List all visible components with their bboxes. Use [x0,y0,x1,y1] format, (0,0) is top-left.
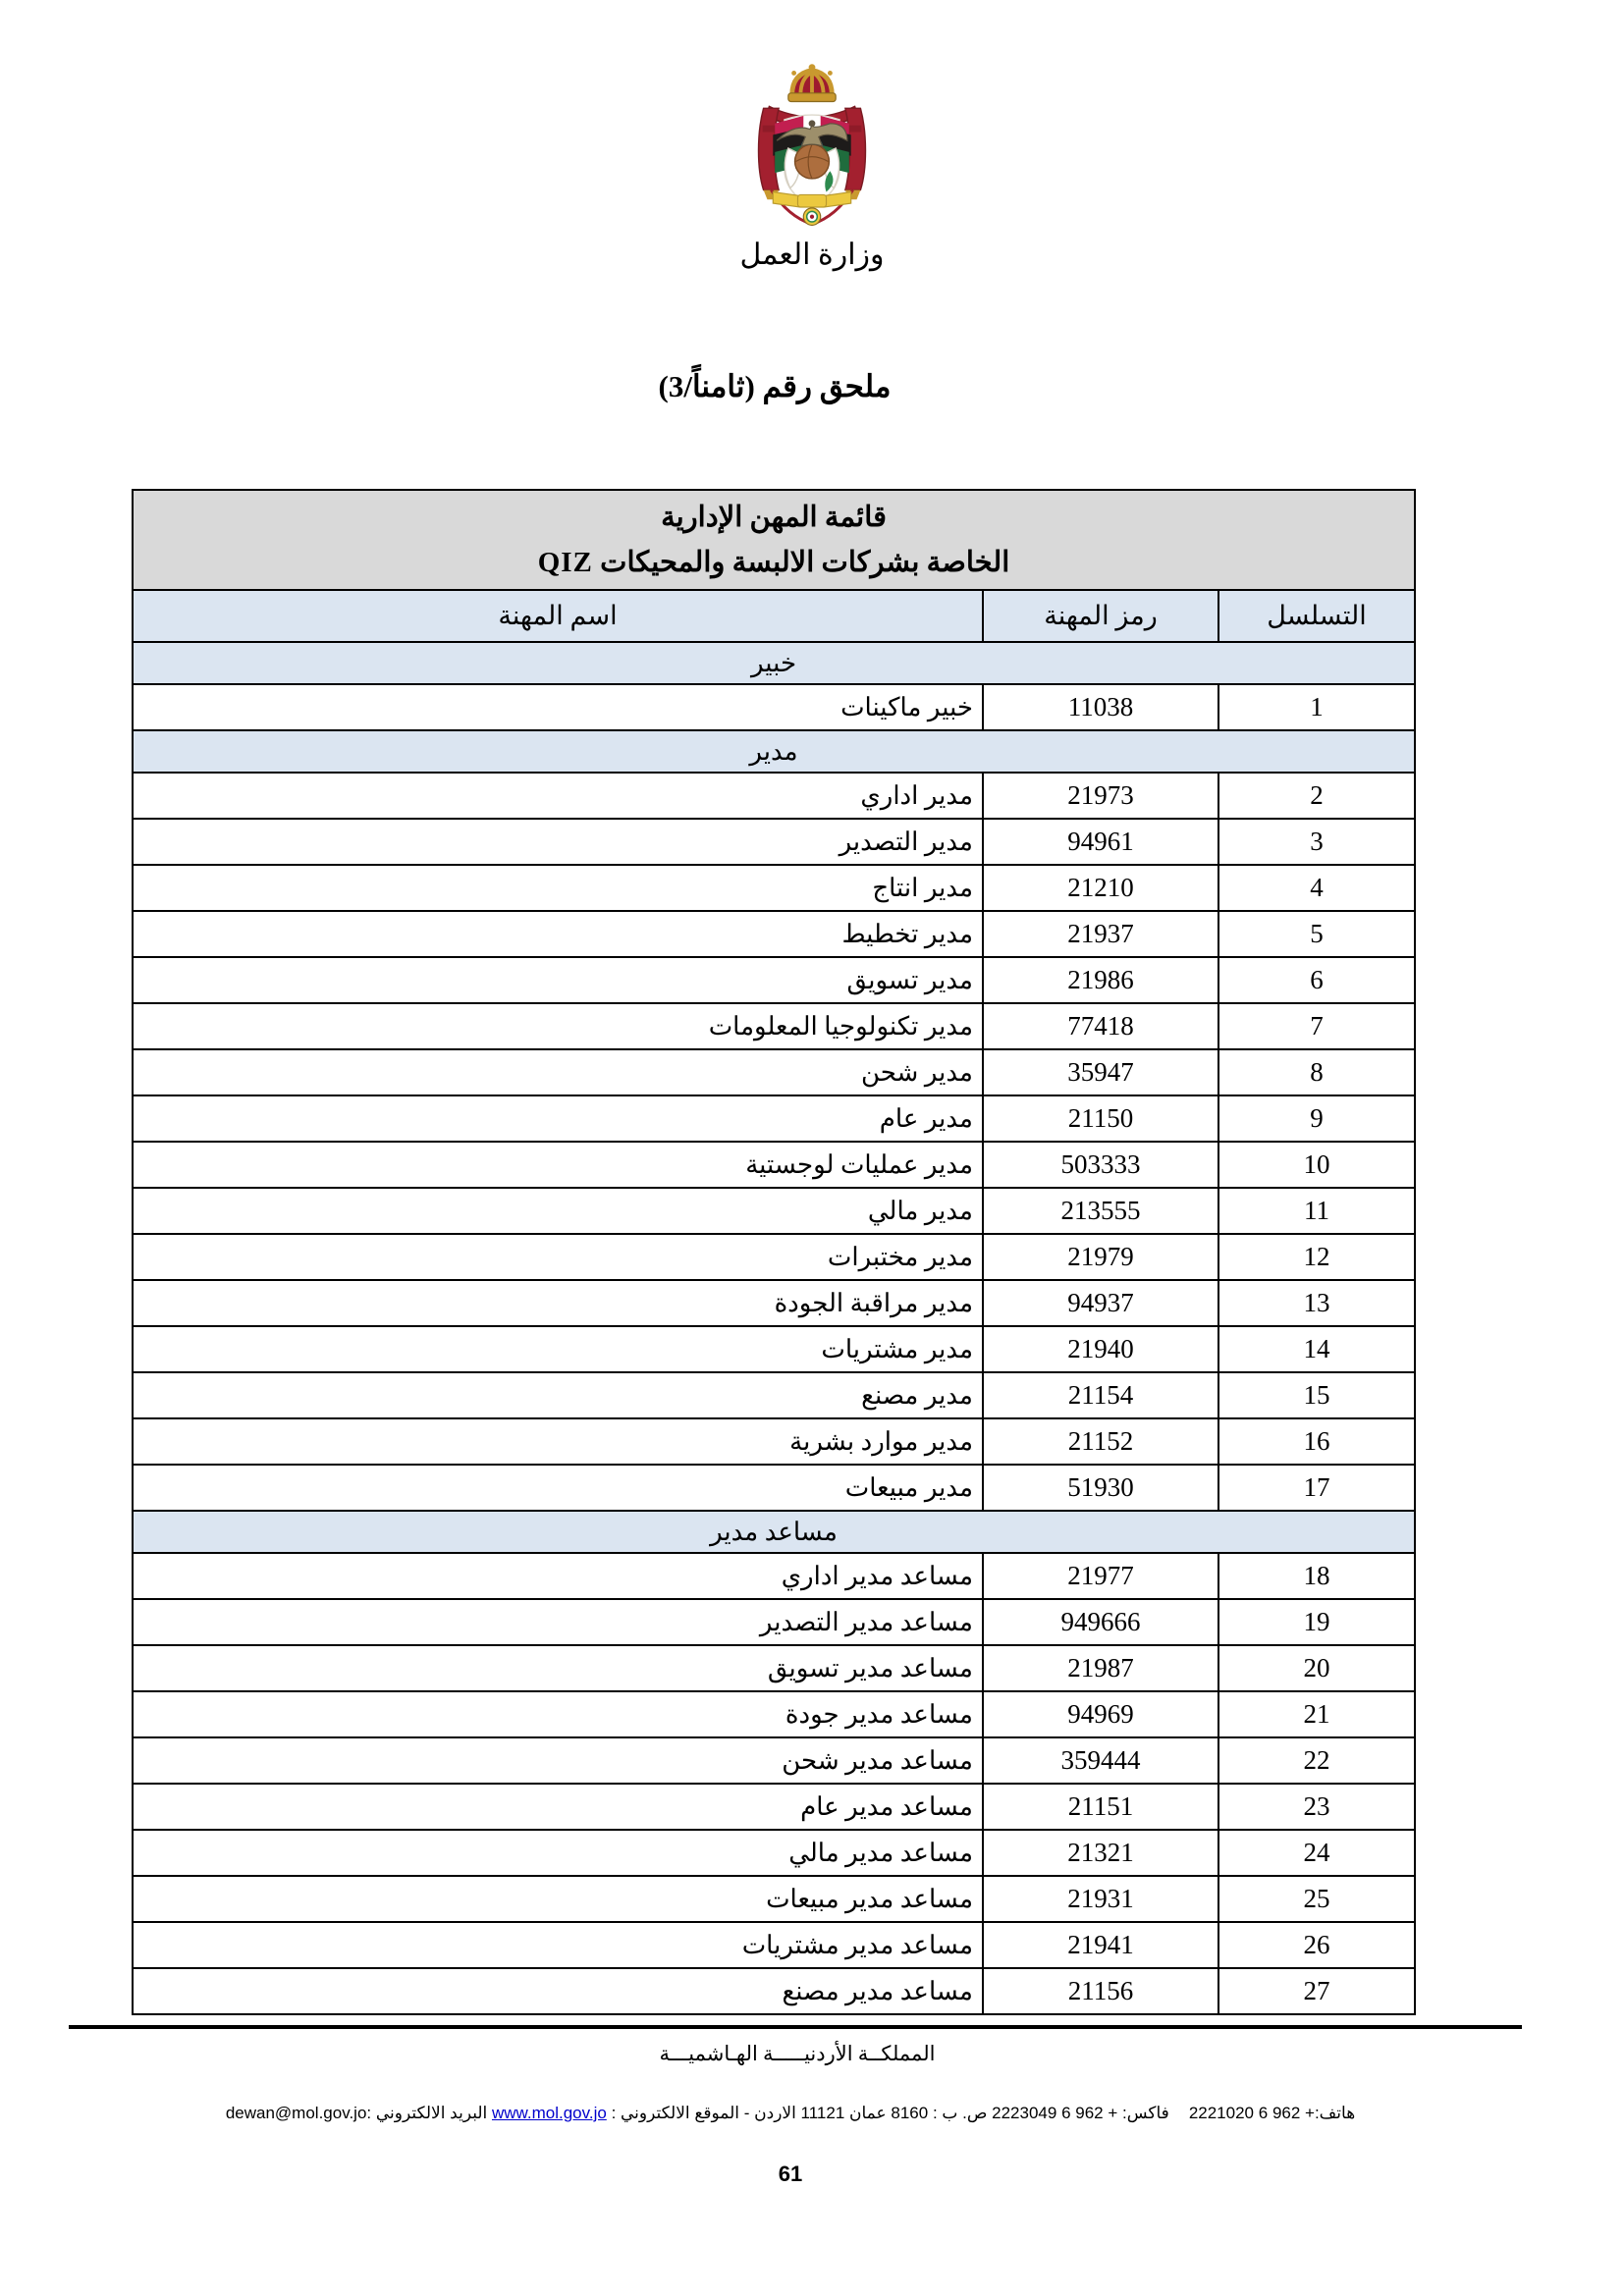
column-header-row: اسم المهنة رمز المهنة التسلسل [133,590,1415,642]
emblem-crown-icon [788,64,836,101]
profession-name-cell: مدير مشتريات [133,1326,983,1372]
serial-cell: 16 [1218,1418,1415,1465]
profession-code-cell: 35947 [983,1049,1218,1095]
table-row: مدير مشتريات2194014 [133,1326,1415,1372]
profession-code-cell: 21979 [983,1234,1218,1280]
serial-cell: 11 [1218,1188,1415,1234]
profession-name-cell: مساعد مدير تسويق [133,1645,983,1691]
kingdom-name: المملكــة الأردنيـــــة الهـاشميـــة [0,2042,1595,2066]
profession-code-cell: 21210 [983,865,1218,911]
profession-code-cell: 21973 [983,773,1218,819]
ministry-name: وزارة العمل [739,239,884,272]
profession-name-cell: مدير مختبرات [133,1234,983,1280]
profession-code-cell: 21937 [983,911,1218,957]
profession-code-cell: 94961 [983,819,1218,865]
address-text: ص. ب : 8160 عمان 11121 الاردن - الموقع ا… [612,2104,988,2122]
page-number: 61 [0,2162,1581,2187]
profession-code-cell: 21987 [983,1645,1218,1691]
table-row: مساعد مدير اداري2197718 [133,1553,1415,1599]
profession-name-cell: مساعد مدير مالي [133,1830,983,1876]
serial-cell: 12 [1218,1234,1415,1280]
profession-name-cell: مدير شحن [133,1049,983,1095]
profession-name-cell: مساعد مدير شحن [133,1737,983,1784]
document-page: وزارة العمل ملحق رقم (ثامناً/3) قائمة ال… [0,0,1624,2296]
profession-name-cell: خبير ماكينات [133,684,983,730]
profession-name-cell: مدير عمليات لوجستية [133,1142,983,1188]
profession-name-cell: مدير مبيعات [133,1465,983,1511]
profession-code-cell: 21156 [983,1968,1218,2014]
profession-code-cell: 94969 [983,1691,1218,1737]
section-header-row: مساعد مدير [133,1511,1415,1553]
serial-cell: 4 [1218,865,1415,911]
section-header-row: مدير [133,730,1415,773]
profession-code-cell: 21152 [983,1418,1218,1465]
table-row: مدير تخطيط219375 [133,911,1415,957]
profession-code-cell: 94937 [983,1280,1218,1326]
table-title-line2: الخاصة بشركات الالبسة والمحيكات QIZ [134,540,1414,585]
professions-table: قائمة المهن الإدارية الخاصة بشركات الالب… [132,489,1416,2015]
serial-cell: 20 [1218,1645,1415,1691]
table-row: مدير عام211509 [133,1095,1415,1142]
footer-divider [69,2025,1522,2029]
serial-cell: 17 [1218,1465,1415,1511]
table-row: خبير ماكينات110381 [133,684,1415,730]
professions-table-wrap: قائمة المهن الإدارية الخاصة بشركات الالب… [132,489,1414,2015]
serial-cell: 5 [1218,911,1415,957]
table-title-line1: قائمة المهن الإدارية [134,495,1414,540]
column-header-serial: التسلسل [1218,590,1415,642]
table-row: مساعد مدير جودة9496921 [133,1691,1415,1737]
profession-name-cell: مدير مصنع [133,1372,983,1418]
serial-cell: 15 [1218,1372,1415,1418]
profession-code-cell: 949666 [983,1599,1218,1645]
profession-code-cell: 77418 [983,1003,1218,1049]
profession-code-cell: 213555 [983,1188,1218,1234]
serial-cell: 14 [1218,1326,1415,1372]
table-row: مساعد مدير مصنع2115627 [133,1968,1415,2014]
profession-name-cell: مساعد مدير مشتريات [133,1922,983,1968]
section-header-cell: مدير [133,730,1415,773]
table-row: مساعد مدير مالي2132124 [133,1830,1415,1876]
table-row: مدير مصنع2115415 [133,1372,1415,1418]
profession-name-cell: مساعد مدير عام [133,1784,983,1830]
profession-code-cell: 21321 [983,1830,1218,1876]
serial-cell: 19 [1218,1599,1415,1645]
table-row: مساعد مدير شحن35944422 [133,1737,1415,1784]
emblem-globe [795,144,830,179]
table-title-line2-arabic: الخاصة بشركات الالبسة والمحيكات [600,547,1009,578]
profession-name-cell: مدير مالي [133,1188,983,1234]
profession-name-cell: مدير تخطيط [133,911,983,957]
column-header-code: رمز المهنة [983,590,1218,642]
serial-cell: 22 [1218,1737,1415,1784]
profession-name-cell: مدير مراقبة الجودة [133,1280,983,1326]
profession-code-cell: 21931 [983,1876,1218,1922]
table-row: مساعد مدير عام2115123 [133,1784,1415,1830]
profession-code-cell: 11038 [983,684,1218,730]
serial-cell: 18 [1218,1553,1415,1599]
serial-cell: 8 [1218,1049,1415,1095]
serial-cell: 26 [1218,1922,1415,1968]
serial-cell: 7 [1218,1003,1415,1049]
table-body: خبيرخبير ماكينات110381مديرمدير اداري2197… [133,642,1415,2014]
serial-cell: 25 [1218,1876,1415,1922]
profession-name-cell: مدير اداري [133,773,983,819]
table-row: مساعد مدير مشتريات2194126 [133,1922,1415,1968]
qiz-label: QIZ [538,547,593,578]
column-header-name: اسم المهنة [133,590,983,642]
footer-contact-line: هاتف:+ 962 6 2221020فاكس: + 962 6 222304… [59,2104,1522,2123]
email-text: dewan@mol.gov.jo [226,2104,367,2122]
document-title: ملحق رقم (ثامناً/3) [0,369,1549,404]
profession-name-cell: مدير تكنولوجيا المعلومات [133,1003,983,1049]
table-row: مساعد مدير مبيعات2193125 [133,1876,1415,1922]
profession-name-cell: مدير عام [133,1095,983,1142]
website-link[interactable]: www.mol.gov.jo [492,2104,607,2122]
table-row: مدير تسويق219866 [133,957,1415,1003]
profession-name-cell: مدير انتاج [133,865,983,911]
profession-code-cell: 21977 [983,1553,1218,1599]
emblem-ribbon [773,192,850,207]
phone-text: هاتف:+ 962 6 2221020 [1189,2104,1355,2122]
jordan-coat-of-arms-logo [729,57,895,238]
serial-cell: 2 [1218,773,1415,819]
email-label: البريد الالكتروني : [366,2104,487,2122]
table-row: مدير مراقبة الجودة9493713 [133,1280,1415,1326]
serial-cell: 10 [1218,1142,1415,1188]
serial-cell: 23 [1218,1784,1415,1830]
table-row: مدير عمليات لوجستية50333310 [133,1142,1415,1188]
table-row: مدير شحن359478 [133,1049,1415,1095]
profession-name-cell: مساعد مدير مبيعات [133,1876,983,1922]
profession-name-cell: مدير تسويق [133,957,983,1003]
table-row: مدير اداري219732 [133,773,1415,819]
serial-cell: 13 [1218,1280,1415,1326]
section-header-cell: خبير [133,642,1415,684]
emblem-medal [803,208,820,225]
serial-cell: 3 [1218,819,1415,865]
profession-code-cell: 503333 [983,1142,1218,1188]
table-title-row: قائمة المهن الإدارية الخاصة بشركات الالب… [133,490,1415,590]
profession-name-cell: مدير التصدير [133,819,983,865]
profession-code-cell: 21154 [983,1372,1218,1418]
section-header-cell: مساعد مدير [133,1511,1415,1553]
profession-code-cell: 21986 [983,957,1218,1003]
profession-name-cell: مدير موارد بشرية [133,1418,983,1465]
table-row: مدير تكنولوجيا المعلومات774187 [133,1003,1415,1049]
profession-code-cell: 21941 [983,1922,1218,1968]
serial-cell: 21 [1218,1691,1415,1737]
table-row: مساعد مدير تسويق2198720 [133,1645,1415,1691]
profession-name-cell: مساعد مدير مصنع [133,1968,983,2014]
serial-cell: 6 [1218,957,1415,1003]
table-row: مدير مختبرات2197912 [133,1234,1415,1280]
profession-code-cell: 51930 [983,1465,1218,1511]
profession-code-cell: 359444 [983,1737,1218,1784]
table-row: مساعد مدير التصدير94966619 [133,1599,1415,1645]
fax-text: فاكس: + 962 6 2223049 [992,2104,1169,2122]
table-row: مدير التصدير949613 [133,819,1415,865]
profession-code-cell: 21940 [983,1326,1218,1372]
serial-cell: 9 [1218,1095,1415,1142]
profession-name-cell: مساعد مدير جودة [133,1691,983,1737]
table-row: مدير مالي21355511 [133,1188,1415,1234]
table-row: مدير مبيعات5193017 [133,1465,1415,1511]
header-logo-block: وزارة العمل [0,57,1624,272]
profession-code-cell: 21150 [983,1095,1218,1142]
serial-cell: 27 [1218,1968,1415,2014]
profession-name-cell: مساعد مدير اداري [133,1553,983,1599]
table-row: مدير انتاج212104 [133,865,1415,911]
serial-cell: 1 [1218,684,1415,730]
profession-name-cell: مساعد مدير التصدير [133,1599,983,1645]
section-header-row: خبير [133,642,1415,684]
table-title-cell: قائمة المهن الإدارية الخاصة بشركات الالب… [133,490,1415,590]
profession-code-cell: 21151 [983,1784,1218,1830]
table-row: مدير موارد بشرية2115216 [133,1418,1415,1465]
serial-cell: 24 [1218,1830,1415,1876]
